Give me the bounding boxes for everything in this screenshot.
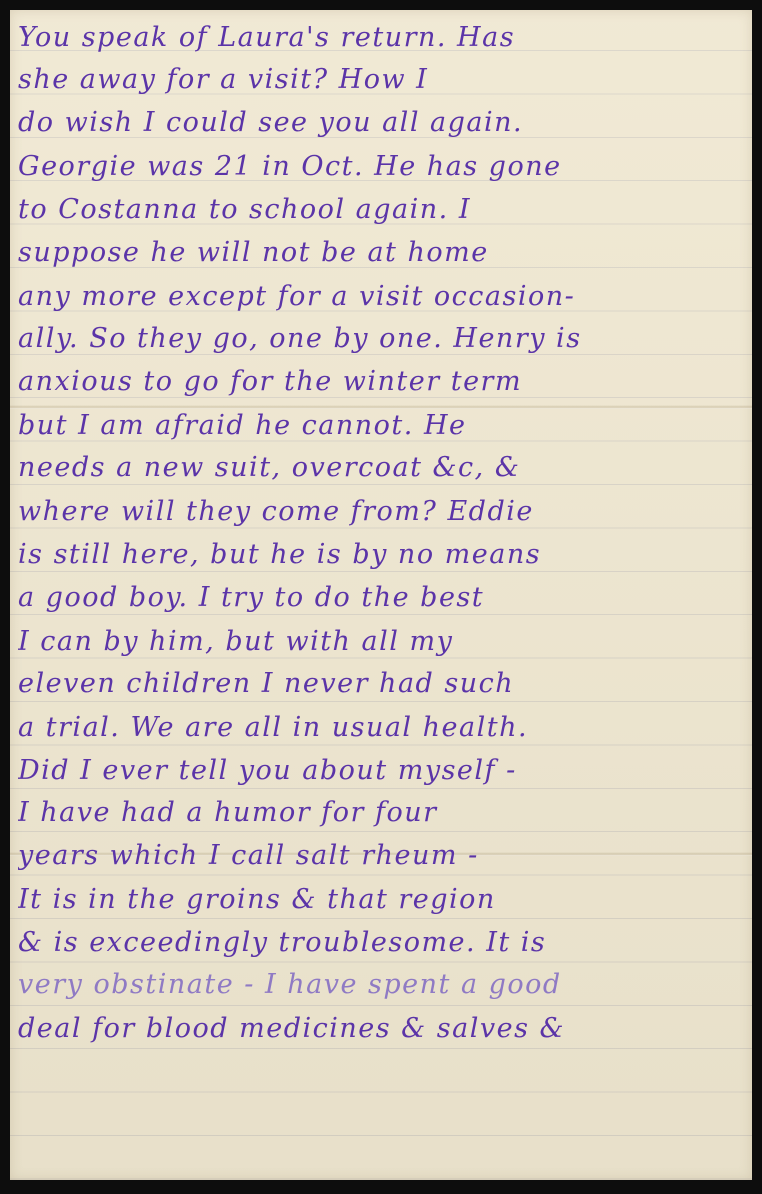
text-line: any more except for a visit occasion- xyxy=(18,277,744,317)
text-line: & is exceedingly troublesome. It is xyxy=(18,923,744,963)
text-line: a good boy. I try to do the best xyxy=(18,578,744,618)
text-line: suppose he will not be at home xyxy=(18,233,744,273)
text-line: a trial. We are all in usual health. xyxy=(18,708,744,748)
text-line: I can by him, but with all my xyxy=(18,622,744,662)
text-line: do wish I could see you all again. xyxy=(18,103,744,143)
text-line: ally. So they go, one by one. Henry is xyxy=(18,319,744,359)
text-line: years which I call salt rheum - xyxy=(18,836,744,876)
text-line: needs a new suit, overcoat &c, & xyxy=(18,448,744,488)
text-line: very obstinate - I have spent a good xyxy=(18,965,744,1005)
text-line: is still here, but he is by no means xyxy=(18,535,744,575)
text-line: where will they come from? Eddie xyxy=(18,492,744,532)
handwritten-text: You speak of Laura's return. Has she awa… xyxy=(10,10,752,1180)
letter-page: You speak of Laura's return. Has she awa… xyxy=(10,10,752,1180)
text-line: to Costanna to school again. I xyxy=(18,190,744,230)
text-line: but I am afraid he cannot. He xyxy=(18,406,744,446)
text-line: You speak of Laura's return. Has xyxy=(18,18,744,58)
text-line: It is in the groins & that region xyxy=(18,880,744,920)
text-line: eleven children I never had such xyxy=(18,664,744,704)
text-line: Georgie was 21 in Oct. He has gone xyxy=(18,147,744,187)
text-line: anxious to go for the winter term xyxy=(18,362,744,402)
text-line: I have had a humor for four xyxy=(18,793,744,833)
text-line: deal for blood medicines & salves & xyxy=(18,1009,744,1049)
text-line: she away for a visit? How I xyxy=(18,60,744,100)
text-line: Did I ever tell you about myself - xyxy=(18,751,744,791)
